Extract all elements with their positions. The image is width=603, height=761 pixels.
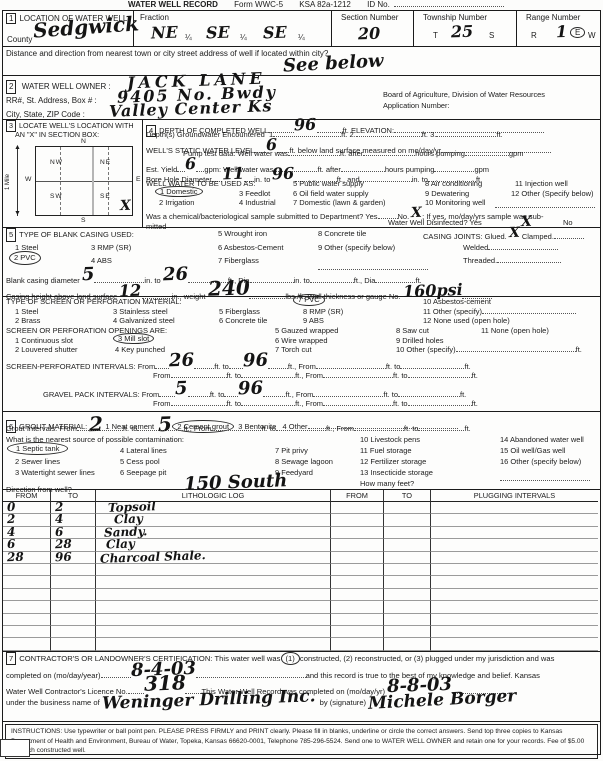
- fraction-label: Fraction: [140, 13, 169, 22]
- compass-north: N: [81, 138, 86, 145]
- lith-desc: Clay: [106, 538, 135, 551]
- quadrant-ne: NE: [100, 159, 111, 166]
- gi-ft-to: ft. to: [123, 424, 138, 433]
- joints-clamped: Clamped.: [522, 232, 554, 241]
- form-number: Form WWC-5: [234, 0, 283, 9]
- section-depth: 4DEPTH OF COMPLETED WELL96ft. ELEVATION:…: [143, 120, 600, 227]
- divider: [413, 11, 414, 46]
- water-well-record-scan: WATER WELL RECORD Form WWC-5 KSA 82a-121…: [0, 0, 603, 761]
- section-owner: 2 WATER WELL OWNER : JACK LANE RR#, St. …: [3, 76, 600, 120]
- contamination-option-8: 8 Sewage lagoon: [275, 456, 333, 467]
- fraction-1-value: NE: [151, 25, 178, 42]
- plug-row-from: [331, 552, 384, 564]
- openings-option-5: 5 Gauzed wrapped: [275, 326, 338, 336]
- section-intervals: SCREEN-PERFORATED INTERVALS: From26ft. t…: [3, 355, 600, 412]
- signature-label: by (signature): [320, 698, 366, 707]
- contamination-option-10: 10 Livestock pens: [360, 434, 420, 445]
- lith-value: 96: [55, 550, 72, 563]
- compass-west: W: [25, 176, 31, 183]
- contamination-option-4: 4 Lateral lines: [120, 445, 167, 456]
- instructions-text: INSTRUCTIONS: Use typewriter or ball poi…: [11, 728, 584, 754]
- range-r: R: [531, 31, 537, 40]
- empty-cell: [331, 589, 384, 601]
- form-ksa: KSA 82a-1212: [299, 0, 351, 9]
- section-x-mark: X: [120, 199, 131, 213]
- use-option-10: 10 Monitoring well: [425, 198, 485, 208]
- openings-option-1: 1 Continuous slot: [15, 336, 73, 346]
- section-number-label: Section Number: [341, 13, 398, 22]
- plug-row-to: [384, 539, 431, 551]
- plug-row-from: [331, 539, 384, 551]
- grout-intervals-label: Grout Intervals: From: [6, 424, 77, 433]
- gi-ft-from: ft., From: [183, 424, 211, 433]
- divider: [331, 11, 332, 46]
- empty-cell: [3, 576, 51, 588]
- section-5-number: 5: [6, 228, 16, 242]
- empty-cell: [431, 601, 598, 613]
- township-value: 25: [451, 24, 474, 41]
- diagram-horizontal-line: [36, 181, 132, 182]
- threaded-label: Threaded.: [463, 256, 497, 265]
- gw-3: ft. 3.: [422, 130, 437, 139]
- diagram-vertical-line: [92, 147, 94, 215]
- mile-label: 1 Mile: [5, 174, 11, 190]
- pump-gpm: gpm: [509, 149, 524, 158]
- mile-arrow-down: ▼: [14, 210, 21, 217]
- casing-option-5: 5 Wrought iron: [218, 228, 267, 240]
- empty-cell: [431, 626, 598, 638]
- empty-cell: [51, 564, 96, 576]
- section-grout: 6GROUT MATERIAL: 2 1 Neat cement 5 2 Cem…: [3, 412, 600, 490]
- empty-cell: [431, 589, 598, 601]
- empty-cell: [431, 638, 598, 650]
- section-casing: 5TYPE OF BLANK CASING USED: 5 Wrought ir…: [3, 228, 600, 297]
- casing-option-9: 9 Other (specify below): [318, 242, 395, 254]
- openings-option-4: 4 Key punched: [115, 345, 165, 355]
- plug-row-desc: [431, 552, 598, 564]
- business-name-value: Weninger Drilling Inc.: [102, 688, 316, 712]
- empty-cell: [431, 576, 598, 588]
- range-west: W: [588, 31, 596, 40]
- compass-east: E: [136, 176, 141, 183]
- quarter-3: ¼: [298, 33, 305, 42]
- empty-cell: [96, 589, 331, 601]
- application-number-label: Application Number:: [383, 101, 450, 110]
- township-t: T: [433, 31, 438, 40]
- empty-cell: [96, 638, 331, 650]
- gw-ft: ft.: [496, 130, 502, 139]
- contamination-option-6: 6 Seepage pit: [120, 467, 166, 478]
- fraction-2-value: SE: [206, 25, 230, 42]
- signature-value: Michele Borger: [368, 688, 517, 713]
- lithologic-table: FROM TO LITHOLOGIC LOG FROM TO PLUGGING …: [3, 490, 600, 652]
- lith-value: 6: [7, 538, 16, 550]
- gp2-ft-to-2: ft. to: [393, 399, 408, 408]
- empty-cell: [331, 614, 384, 626]
- plug-row-desc: [431, 514, 598, 526]
- lith-row-to: 96: [51, 552, 96, 564]
- quadrant-se: SE: [100, 193, 111, 200]
- cert-line1-b: constructed, (2) reconstructed, or (3) p…: [300, 654, 555, 663]
- screen-option-6: 6 Concrete tile: [219, 316, 267, 326]
- compass-south: S: [81, 217, 86, 224]
- screen-option-11-label: 11 Other (specify): [423, 307, 482, 316]
- col-header-to-2: TO: [384, 490, 431, 502]
- casing-option-6: 6 Asbestos-Cement: [218, 242, 283, 254]
- city-value: Valley Center Ks: [109, 98, 273, 120]
- groundwater-label: Depth(s) Groundwater Encountered: [146, 130, 265, 139]
- gi-ft-from-2: ft., From: [326, 424, 354, 433]
- township-label: Township Number: [423, 13, 487, 22]
- screen-option-12: 12 None used (open hole): [423, 316, 510, 326]
- empty-cell: [51, 589, 96, 601]
- sp-from-value: 26: [169, 352, 195, 371]
- contamination-option-7: 7 Pit privy: [275, 445, 308, 456]
- sp2-ft-from: ft., From: [295, 371, 323, 380]
- casing-option-8: 8 Concrete tile: [318, 228, 366, 240]
- diagram-dashed-line: [108, 147, 109, 215]
- use-option-3: 3 Feedlot: [239, 189, 270, 199]
- pump-hours: hours pumping: [415, 149, 465, 158]
- gp2-ft-from: ft., From: [295, 399, 323, 408]
- mile-arrow-line: [17, 148, 18, 216]
- section-screen: TYPE OF SCREEN OR PERFORATION MATERIAL: …: [3, 297, 600, 355]
- openings-option-10: 10 Other (specify)ft.: [396, 345, 582, 355]
- quarter-2: ¼: [240, 33, 247, 42]
- form-body: 1LOCATION OF WATER WELL: County Sedgwick…: [2, 10, 601, 755]
- sp2-from-label: From: [153, 371, 171, 380]
- casing-option-3: 3 RMP (SR): [91, 242, 131, 254]
- contamination-option-1-circled: 1 Septic tank: [7, 442, 68, 455]
- corner-box: [0, 739, 30, 757]
- contamination-option-12: 12 Fertilizer storage: [360, 456, 426, 467]
- screen-option-8: 8 RMP (SR): [303, 307, 343, 317]
- gi-ft-end: ft.: [464, 424, 470, 433]
- gp2-from-label: From: [153, 399, 171, 408]
- section-1-number: 1: [6, 13, 16, 24]
- plug-row-to: [384, 527, 431, 539]
- pump-test-label: Pump test data: Well water was: [183, 149, 288, 158]
- use-option-1-circled: 1 Domestic: [155, 186, 203, 198]
- contamination-option-13: 13 Insecticide storage: [360, 467, 433, 478]
- section-locate-box: 3LOCATE WELL'S LOCATION WITH AN "X" IN S…: [3, 120, 143, 227]
- welded-label: Welded: [463, 243, 488, 252]
- screen-option-10: 10 Asbestos-cement: [423, 297, 491, 307]
- empty-cell: [96, 576, 331, 588]
- cert-line1-a: This water well was: [215, 654, 281, 663]
- screen-option-9: 9 ABS: [303, 316, 324, 326]
- empty-cell: [51, 576, 96, 588]
- plug-row-to: [384, 514, 431, 526]
- use-option-11: 11 Injection well: [515, 179, 568, 189]
- disinfected-label: Water Well Disinfected? Yes: [388, 218, 482, 228]
- distance-row: Distance and direction from nearest town…: [3, 47, 600, 76]
- disinfected-yes-x-mark: X: [520, 215, 531, 229]
- empty-cell: [96, 614, 331, 626]
- contamination-option-16: 16 Other (specify below): [500, 456, 581, 467]
- plug-row-desc: [431, 502, 598, 514]
- quarter-1: ¼: [185, 33, 192, 42]
- empty-cell: [96, 626, 331, 638]
- empty-cell: [384, 564, 431, 576]
- use-option-9: 9 Dewatering: [425, 189, 469, 199]
- range-value: 1: [556, 24, 568, 40]
- openings-ft: ft.: [576, 345, 582, 354]
- screen-option-2: 2 Brass: [15, 316, 40, 326]
- empty-cell: [51, 614, 96, 626]
- pump-after: ft. after: [340, 149, 363, 158]
- form-header: WATER WELL RECORD Form WWC-5 KSA 82a-121…: [128, 0, 504, 10]
- gw-2: ft. 2.: [341, 130, 356, 139]
- county-value: Sedgwick: [32, 13, 139, 40]
- screen-option-11: 11 Other (specify): [423, 307, 576, 317]
- sp-to-value: 96: [243, 352, 269, 371]
- empty-cell: [331, 626, 384, 638]
- plug-row-to: [384, 552, 431, 564]
- lith-value: 28: [7, 550, 24, 563]
- empty-cell: [384, 589, 431, 601]
- col-header-plugging-intervals: PLUGGING INTERVALS: [431, 490, 598, 502]
- business-name-label: under the business name of: [6, 698, 100, 707]
- screen-option-4: 4 Galvanized steel: [113, 316, 175, 326]
- empty-cell: [384, 638, 431, 650]
- empty-cell: [3, 626, 51, 638]
- county-label: County: [7, 35, 32, 44]
- joints-glued-label: CASING JOINTS: Glued.: [423, 232, 507, 241]
- empty-cell: [51, 638, 96, 650]
- feet-label: How many feet?: [360, 478, 414, 489]
- use-option-5: 5 Public water supply: [293, 179, 364, 189]
- use-option-6: 6 Oil field water supply: [293, 189, 368, 199]
- contamination-option-5: 5 Cess pool: [120, 456, 160, 467]
- section-number-value: 20: [358, 26, 381, 43]
- plug-row-to: [384, 502, 431, 514]
- empty-cell: [431, 564, 598, 576]
- empty-cell: [3, 614, 51, 626]
- use-option-2: 2 Irrigation: [159, 198, 194, 208]
- section-diagram: NW NE SW SE X: [35, 146, 133, 216]
- section-certification: 7CONTRACTOR'S OR LANDOWNER'S CERTIFICATI…: [3, 652, 600, 722]
- contamination-option-3: 3 Watertight sewer lines: [15, 467, 95, 478]
- use-option-7: 7 Domestic (lawn & garden): [293, 198, 386, 208]
- empty-cell: [384, 576, 431, 588]
- openings-option-3-circled: 3 Mill slot: [113, 333, 154, 345]
- contamination-option-11: 11 Fuel storage: [360, 445, 412, 456]
- contamination-option-14: 14 Abandoned water well: [500, 434, 584, 445]
- empty-cell: [3, 638, 51, 650]
- empty-cell: [51, 601, 96, 613]
- empty-cell: [331, 576, 384, 588]
- disinfected-no: No: [563, 218, 573, 228]
- quadrant-sw: SW: [50, 193, 63, 200]
- use-option-12: 12 Other (Specify below): [511, 189, 594, 199]
- mile-arrow-up: ▲: [14, 144, 21, 151]
- lith-value: 2: [7, 513, 16, 525]
- casing-title: TYPE OF BLANK CASING USED:: [19, 230, 134, 239]
- empty-cell: [3, 589, 51, 601]
- city-label: City, State, ZIP Code :: [6, 110, 85, 119]
- plug-row-from: [331, 527, 384, 539]
- gi-ft-to-3: ft. to: [404, 424, 419, 433]
- locate-title-2: AN "X" IN SECTION BOX:: [15, 130, 99, 139]
- form-id-label: ID No.: [367, 0, 390, 9]
- range-east-circled: E: [570, 27, 585, 38]
- diagram-dashed-line: [60, 147, 61, 215]
- instructions-box: INSTRUCTIONS: Use typewriter or ball poi…: [5, 724, 598, 759]
- lith-row-from: 28: [3, 552, 51, 564]
- use-option-4: 4 Industrial: [239, 198, 276, 208]
- gp2-ft-to: ft. to: [227, 399, 242, 408]
- lith-value: 4: [55, 513, 64, 525]
- gravel-to-value: 96: [238, 380, 264, 399]
- openings-option-10-label: 10 Other (specify): [396, 345, 456, 354]
- empty-cell: [3, 601, 51, 613]
- lith-row-desc: Clay: [96, 539, 331, 551]
- lith-value: 28: [55, 538, 72, 551]
- fraction-3-value: SE: [263, 25, 287, 42]
- empty-cell: [431, 614, 598, 626]
- empty-cell: [384, 601, 431, 613]
- township-s: S: [489, 31, 494, 40]
- gravel-from-value: 5: [175, 380, 188, 398]
- contamination-option-2: 2 Sewer lines: [15, 456, 60, 467]
- openings-option-2: 2 Louvered shutter: [15, 345, 78, 355]
- id-blank-line: [394, 0, 504, 7]
- empty-cell: [51, 626, 96, 638]
- empty-cell: [331, 638, 384, 650]
- divider: [133, 11, 134, 46]
- distance-value: See below: [283, 52, 384, 75]
- empty-cell: [331, 564, 384, 576]
- joints-welded: Welded: [463, 242, 558, 254]
- sp2-ft-to-2: ft. to: [393, 371, 408, 380]
- weight-value: 240: [207, 277, 249, 298]
- casing-diameter-value: 5: [82, 265, 95, 283]
- divider: [516, 11, 517, 46]
- form-title: WATER WELL RECORD: [128, 0, 218, 9]
- sp2-ft-end: ft.: [472, 371, 478, 380]
- screen-option-1: 1 Steel: [15, 307, 38, 317]
- locate-title-1: LOCATE WELL'S LOCATION WITH: [19, 121, 134, 130]
- section-location: 1LOCATION OF WATER WELL: County Sedgwick…: [3, 11, 600, 47]
- plug-row-desc: [431, 539, 598, 551]
- glued-x-mark: X: [509, 226, 520, 240]
- gi-ft-to-2: ft. to: [261, 424, 276, 433]
- screen-material-title: TYPE OF SCREEN OR PERFORATION MATERIAL:: [6, 297, 182, 306]
- quadrant-nw: NW: [50, 159, 63, 166]
- board-text: Board of Agriculture, Division of Water …: [383, 90, 545, 99]
- openings-option-9: 9 Drilled holes: [396, 336, 444, 346]
- lith-row-desc: Charcoal Shale.: [96, 552, 331, 564]
- empty-cell: [3, 564, 51, 576]
- plug-row-from: [331, 514, 384, 526]
- empty-cell: [331, 601, 384, 613]
- screen-option-3: 3 Stainless steel: [113, 307, 168, 317]
- casing-option-7: 7 Fiberglass: [218, 255, 259, 267]
- distance-label: Distance and direction from nearest town…: [6, 49, 328, 58]
- empty-cell: [96, 601, 331, 613]
- plug-row-from: [331, 502, 384, 514]
- screen-option-5: 5 Fiberglass: [219, 307, 260, 317]
- use-option-8: 8 Air conditioning: [425, 179, 482, 189]
- plug-row-desc: [431, 527, 598, 539]
- gp2-ft-end: ft.: [472, 399, 478, 408]
- screen-option-7-circled: 7 PVC: [293, 294, 325, 306]
- range-label: Range Number: [526, 13, 580, 22]
- empty-cell: [96, 564, 331, 576]
- openings-option-6: 6 Wire wrapped: [275, 336, 328, 346]
- openings-option-7: 7 Torch cut: [275, 345, 312, 355]
- empty-cell: [384, 626, 431, 638]
- openings-option-11: 11 None (open hole): [481, 326, 549, 336]
- empty-cell: [384, 614, 431, 626]
- contamination-option-15: 15 Oil well/Gas well: [500, 445, 565, 456]
- section-3-4: 3LOCATE WELL'S LOCATION WITH AN "X" IN S…: [3, 120, 600, 228]
- casing-option-2-circled: 2 PVC: [9, 251, 41, 265]
- col-header-from-2: FROM: [331, 490, 384, 502]
- lith-desc: Charcoal Shale.: [100, 549, 206, 565]
- openings-option-8: 8 Saw cut: [396, 326, 429, 336]
- joints-threaded: Threaded.: [463, 255, 561, 267]
